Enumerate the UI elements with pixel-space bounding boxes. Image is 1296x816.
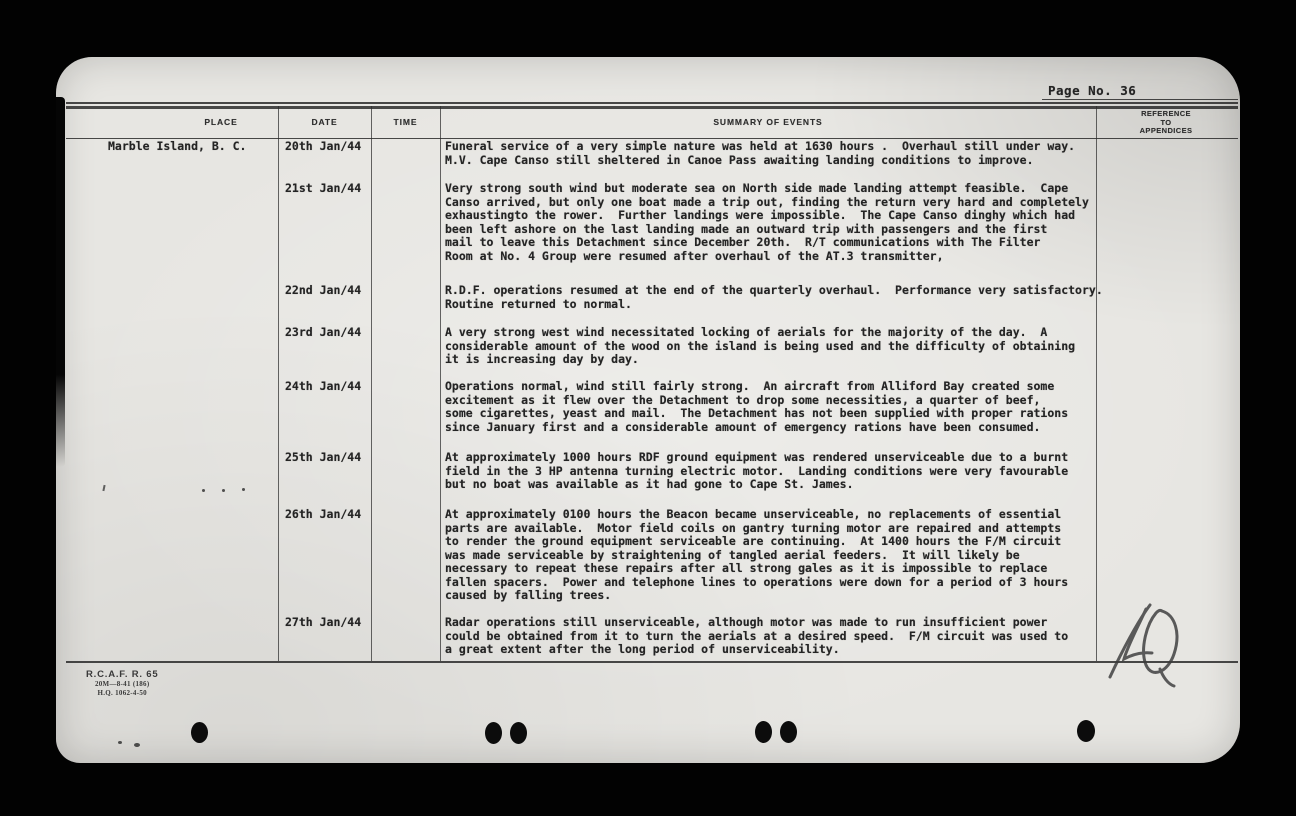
- punch-hole-dot: [485, 722, 502, 744]
- entry-date: 21st Jan/44: [285, 182, 361, 196]
- entry-date: 23rd Jan/44: [285, 326, 361, 340]
- entry-text: At approximately 0100 hours the Beacon b…: [445, 508, 1068, 603]
- stray-pen-mark: [102, 485, 105, 491]
- entry-text: Funeral service of a very simple nature …: [445, 140, 1075, 167]
- entry-date: 22nd Jan/44: [285, 284, 361, 298]
- column-line-summary-reference: [1096, 106, 1097, 661]
- punch-hole-dot: [755, 721, 772, 743]
- place-cell: Marble Island, B. C.: [108, 140, 246, 154]
- entry-text: At approximately 1000 hours RDF ground e…: [445, 451, 1068, 492]
- column-line-place-date: [278, 106, 279, 661]
- punch-hole-dot: [510, 722, 527, 744]
- header-reference: REFERENCE TO APPENDICES: [1096, 110, 1236, 136]
- table-bottom-rule: [66, 661, 1238, 663]
- header-time: TIME: [371, 117, 440, 127]
- entry-date: 26th Jan/44: [285, 508, 361, 522]
- header-summary: SUMMARY OF EVENTS: [440, 117, 1096, 127]
- column-line-time-summary: [440, 106, 441, 661]
- entry-text: Radar operations still unserviceable, al…: [445, 616, 1068, 657]
- header-date: DATE: [278, 117, 371, 127]
- speck: [202, 489, 205, 492]
- punch-hole-dot: [780, 721, 797, 743]
- column-line-date-time: [371, 106, 372, 661]
- form-number-block: R.C.A.F. R. 65 20M—8-41 (186) H.Q. 1062-…: [86, 669, 158, 697]
- entry-text: A very strong west wind necessitated loc…: [445, 326, 1075, 367]
- speck: [242, 488, 245, 491]
- speck: [118, 741, 122, 744]
- handwritten-initials: [1102, 597, 1197, 689]
- entry-date: 27th Jan/44: [285, 616, 361, 630]
- film-edge-artifact: [56, 97, 65, 467]
- punch-hole-dot: [1077, 720, 1095, 742]
- speck: [222, 489, 225, 492]
- scanned-diary-page: Page No. 36 PLACE DATE TIME SUMMARY OF E…: [56, 57, 1240, 763]
- punch-hole-dot: [191, 722, 208, 743]
- entry-text: Very strong south wind but moderate sea …: [445, 182, 1089, 263]
- table-top-rule-thin: [66, 102, 1238, 104]
- form-number-line1: R.C.A.F. R. 65: [86, 669, 158, 680]
- speck: [134, 743, 140, 747]
- entry-date: 24th Jan/44: [285, 380, 361, 394]
- entry-date: 25th Jan/44: [285, 451, 361, 465]
- form-number-line3: H.Q. 1062-4-50: [86, 689, 158, 698]
- entry-text: R.D.F. operations resumed at the end of …: [445, 284, 1103, 311]
- table-top-rule-thick: [66, 106, 1238, 109]
- entry-date: 20th Jan/44: [285, 140, 361, 154]
- entry-text: Operations normal, wind still fairly str…: [445, 380, 1068, 434]
- page-number-underline: [1042, 99, 1238, 100]
- page-number: Page No. 36: [1048, 84, 1136, 98]
- form-number-line2: 20M—8-41 (186): [86, 680, 158, 689]
